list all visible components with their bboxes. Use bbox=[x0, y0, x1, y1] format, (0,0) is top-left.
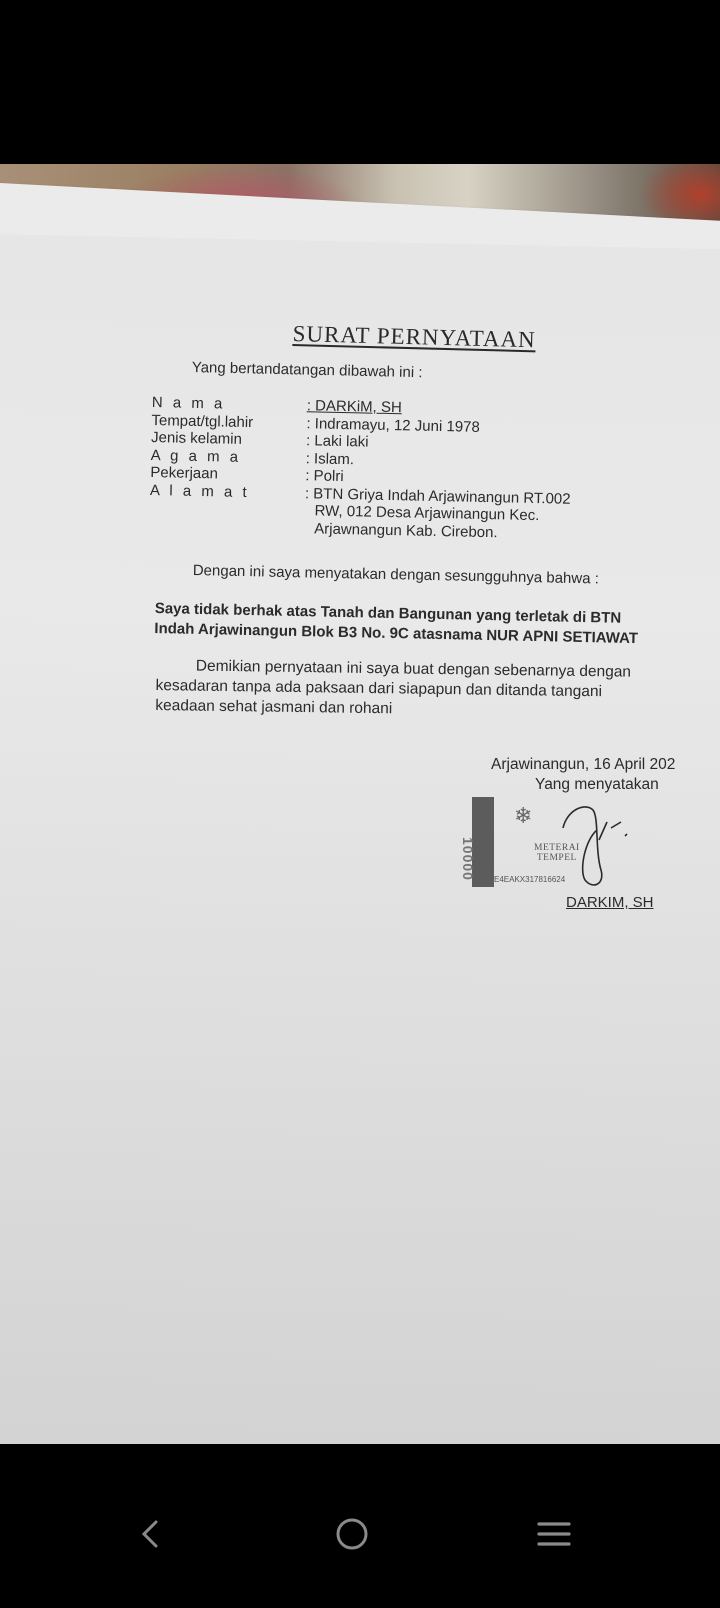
signature-icon bbox=[555, 800, 635, 890]
stamp-value: 10000 bbox=[460, 837, 476, 881]
document-content: SURAT PERNYATAAN Yang bertandatangan dib… bbox=[0, 164, 720, 1444]
recents-button[interactable] bbox=[532, 1512, 576, 1556]
signer-role: Yang menyatakan bbox=[535, 776, 659, 794]
menu-lines-icon bbox=[537, 1521, 571, 1547]
intro-text: Yang bertandatangan dibawah ini : bbox=[192, 359, 423, 381]
identity-fields: N a m a : DARKiM, SH Tempat/tgl.lahir : … bbox=[149, 394, 607, 543]
statement-body: Saya tidak berhak atas Tanah dan Banguna… bbox=[154, 599, 638, 649]
home-button[interactable] bbox=[330, 1512, 374, 1556]
home-circle-icon bbox=[335, 1517, 369, 1551]
chevron-left-icon bbox=[138, 1519, 162, 1549]
document-title: SURAT PERNYATAAN bbox=[292, 321, 536, 353]
place-date: Arjawinangun, 16 April 202 bbox=[491, 756, 675, 774]
closing-paragraph: Demikian pernyataan ini saya buat dengan… bbox=[155, 656, 631, 723]
field-label: A l a m a t bbox=[150, 481, 305, 502]
garuda-emblem-icon: ❄ bbox=[514, 803, 532, 829]
back-button[interactable] bbox=[128, 1512, 172, 1556]
statement-intro: Dengan ini saya menyatakan dengan sesung… bbox=[193, 562, 599, 588]
document-photo: SURAT PERNYATAAN Yang bertandatangan dib… bbox=[0, 164, 720, 1444]
signer-name: DARKIM, SH bbox=[566, 894, 654, 911]
